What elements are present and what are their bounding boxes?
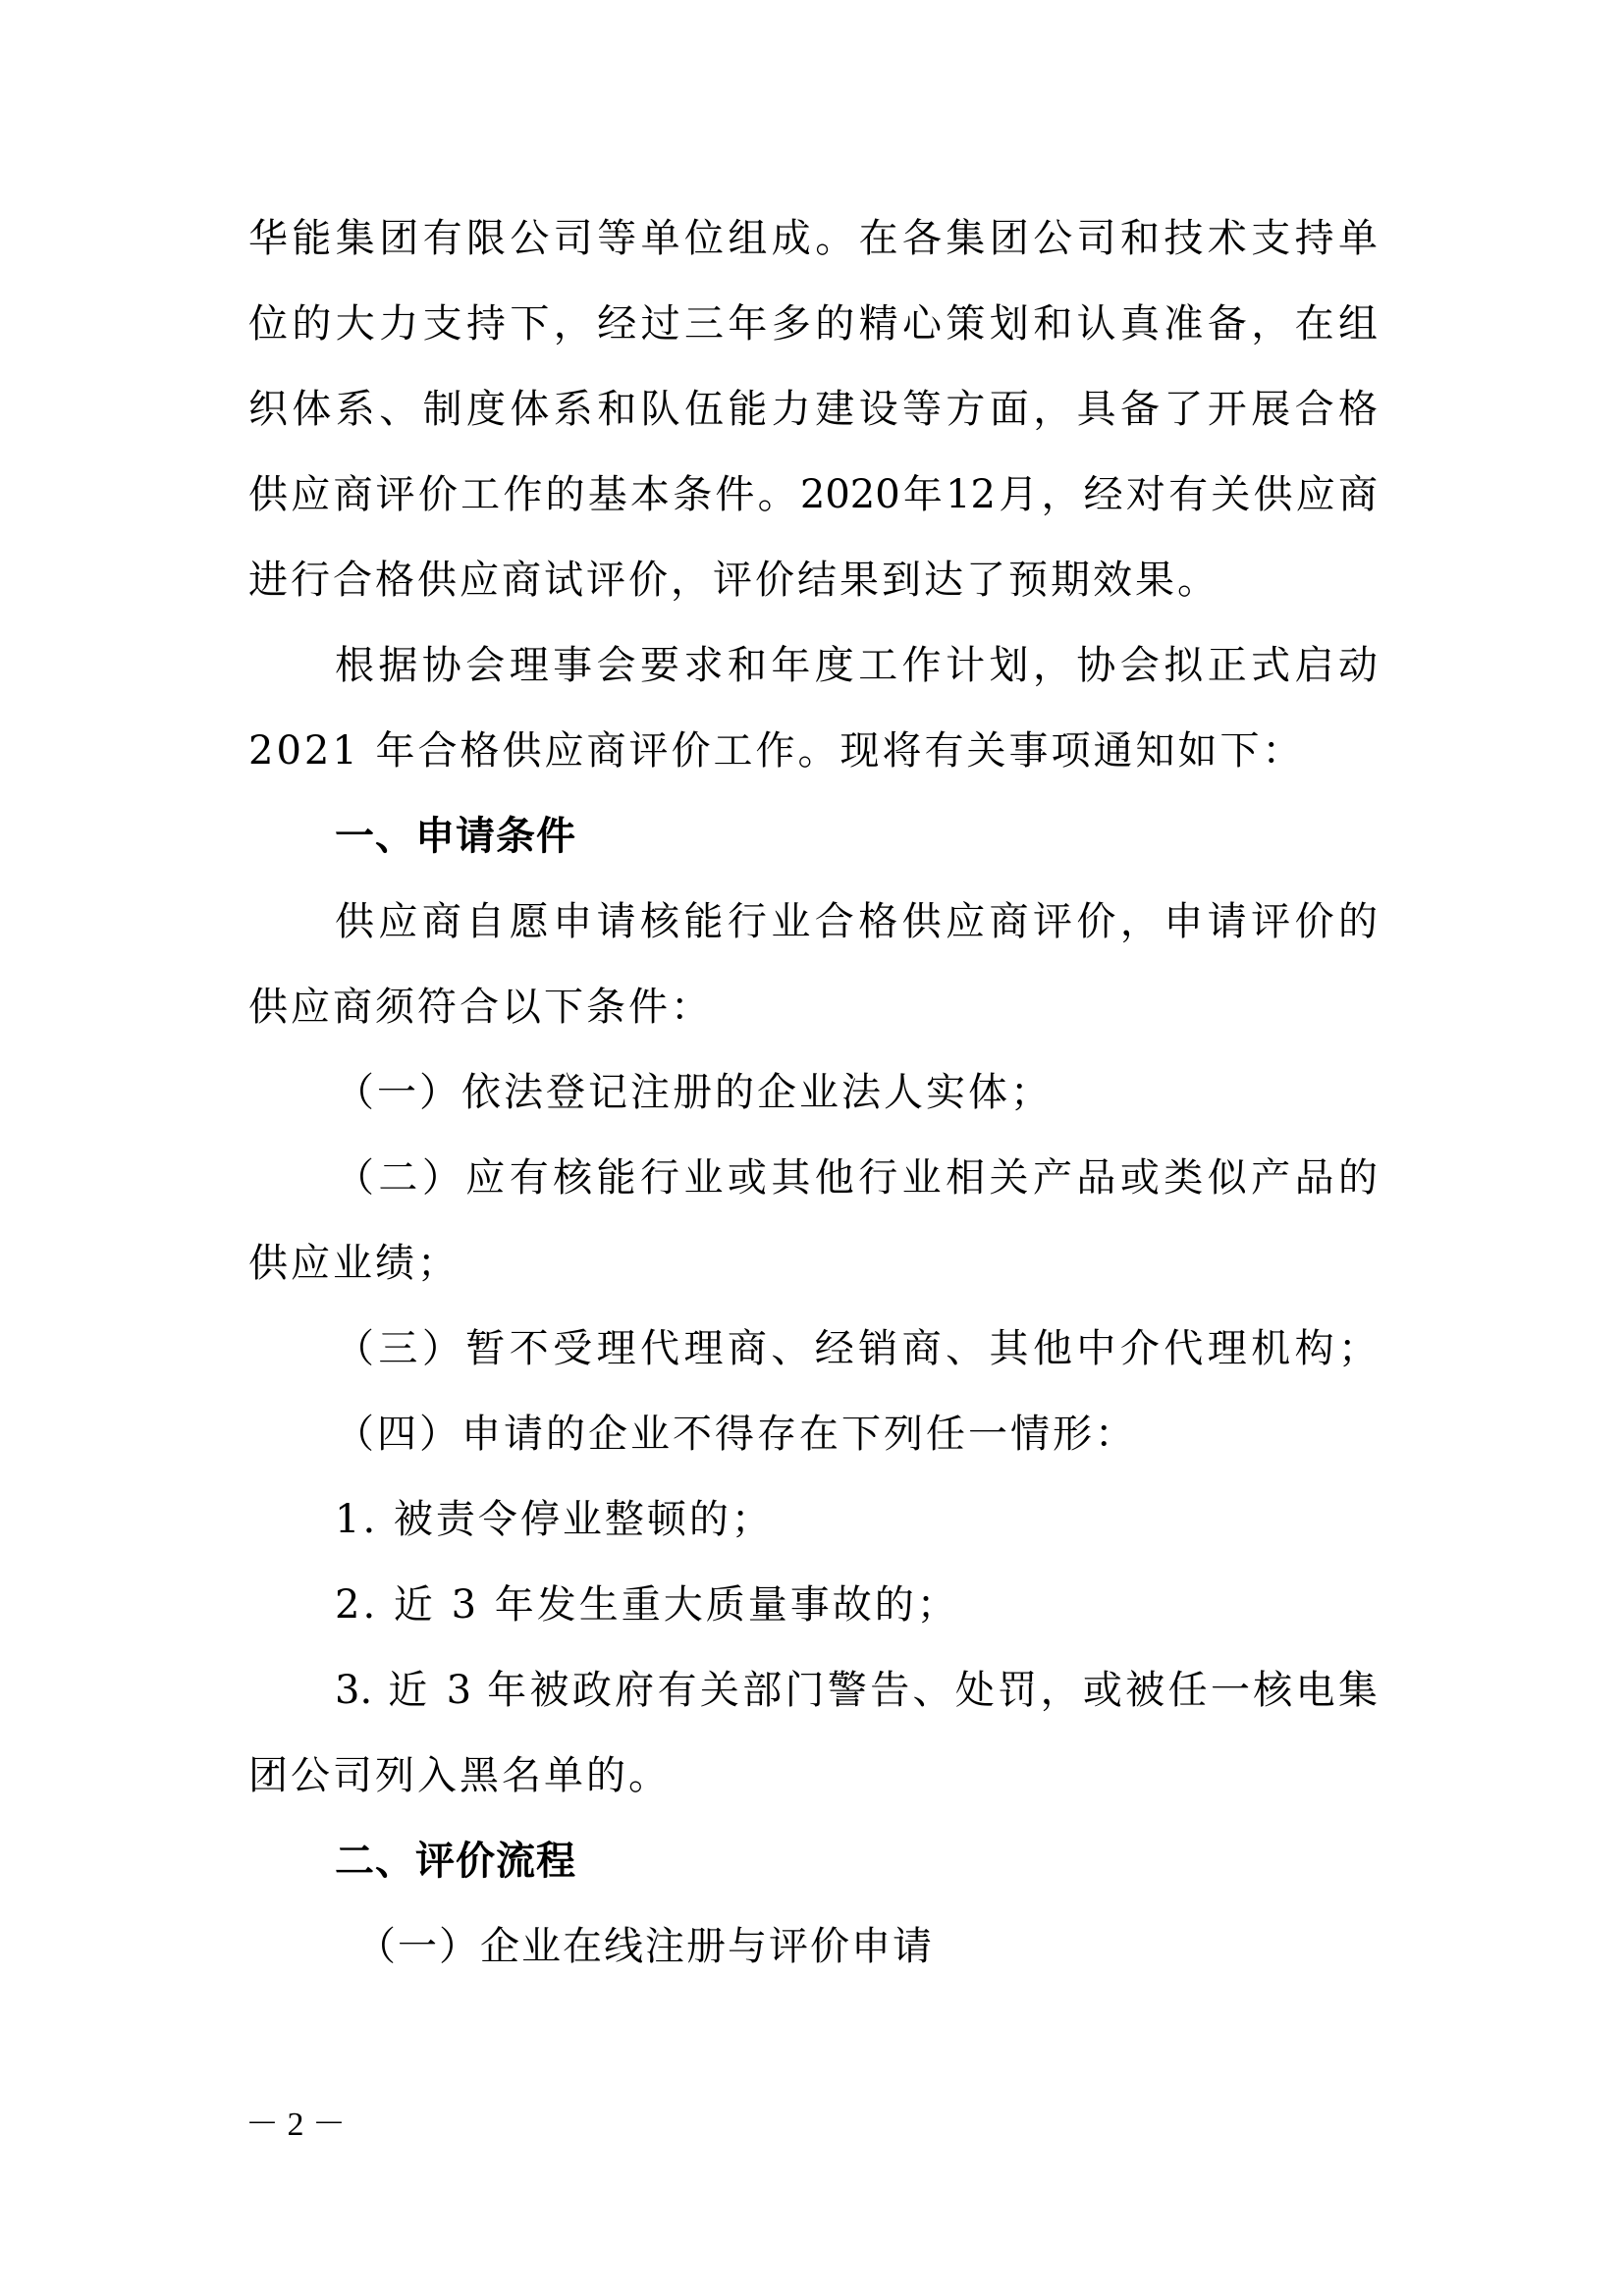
paragraph-line: 供应商自愿申请核能行业合格供应商评价，申请评价的 xyxy=(248,880,1378,965)
section-heading-application-conditions: 一、申请条件 xyxy=(248,794,1378,880)
list-item-condition-4: （四）申请的企业不得存在下列任一情形： xyxy=(248,1392,1378,1477)
sub-item-3: 3. 近 3 年被政府有关部门警告、处罚，或被任一核电集 xyxy=(248,1648,1378,1734)
subsection-heading-online-registration: （一）企业在线注册与评价申请 xyxy=(248,1904,1378,1990)
document-page: 华能集团有限公司等单位组成。在各集团公司和技术支持单 位的大力支持下，经过三年多… xyxy=(0,0,1624,2296)
sub-item-2: 2. 近 3 年发生重大质量事故的； xyxy=(248,1563,1378,1648)
paragraph-line: 2021 年合格供应商评价工作。现将有关事项通知如下： xyxy=(248,709,1378,794)
paragraph-line: 供应商须符合以下条件： xyxy=(248,965,1378,1050)
paragraph-line: 团公司列入黑名单的。 xyxy=(248,1734,1378,1819)
sub-item-1: 1. 被责令停业整顿的； xyxy=(248,1477,1378,1563)
paragraph-line: 位的大力支持下，经过三年多的精心策划和认真准备，在组 xyxy=(248,282,1378,367)
paragraph-line: 供应业绩； xyxy=(248,1221,1378,1307)
list-item-condition-3: （三）暂不受理代理商、经销商、其他中介代理机构； xyxy=(248,1307,1378,1392)
paragraph-line: 供应商评价工作的基本条件。2020年12月，经对有关供应商 xyxy=(248,453,1378,538)
list-item-condition-2: （二）应有核能行业或其他行业相关产品或类似产品的 xyxy=(248,1136,1378,1221)
paragraph-line: 华能集团有限公司等单位组成。在各集团公司和技术支持单 xyxy=(248,196,1378,282)
paragraph-line: 进行合格供应商试评价，评价结果到达了预期效果。 xyxy=(248,538,1378,623)
section-heading-evaluation-process: 二、评价流程 xyxy=(248,1819,1378,1904)
paragraph-line: 根据协会理事会要求和年度工作计划，协会拟正式启动 xyxy=(248,623,1378,709)
page-number: － 2 － xyxy=(245,2101,346,2150)
list-item-condition-1: （一）依法登记注册的企业法人实体； xyxy=(248,1050,1378,1136)
paragraph-line: 织体系、制度体系和队伍能力建设等方面，具备了开展合格 xyxy=(248,367,1378,453)
